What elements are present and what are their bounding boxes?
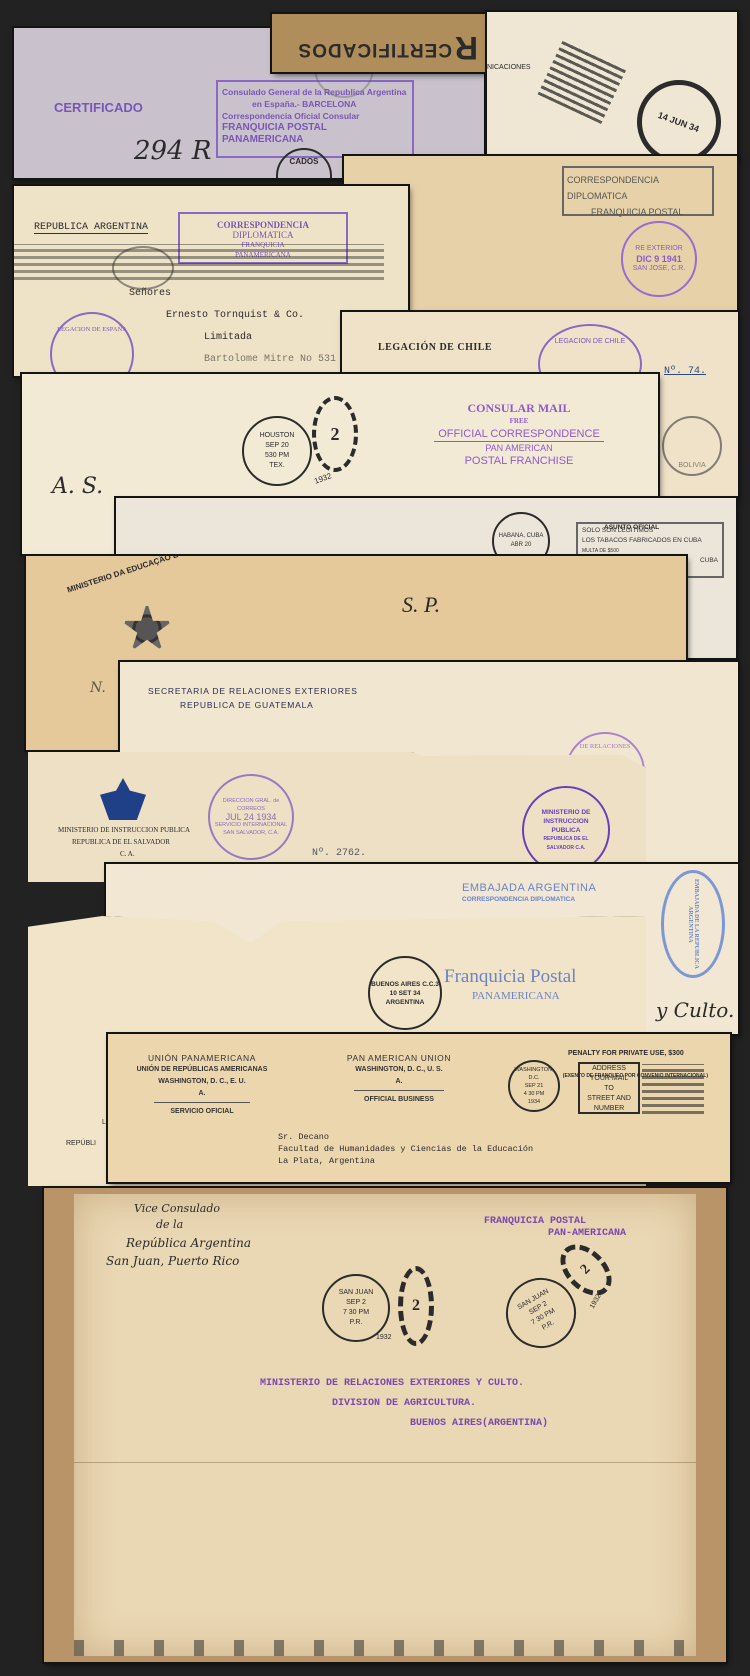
houston-killer: 2: [312, 396, 358, 472]
brazil-coat-of-arms-icon: [120, 602, 174, 656]
certificado-stamp: CERTIFICADO: [54, 100, 143, 115]
el-salvador-number: Nº. 2762.: [312, 848, 366, 859]
addressee-city: BUENOS AIRES(ARGENTINA): [410, 1418, 548, 1429]
guatemala-header-1: SECRETARIA DE RELACIONES EXTERIORES: [148, 686, 358, 696]
envelope-pan-american-union: UNIÓN PANAMERICANA UNIÓN DE REPÚBLICAS A…: [108, 1034, 730, 1182]
asunto-oficial-overprint: ASUNTO OFICIAL: [604, 524, 659, 531]
panamericana-stamp: PANAMERICANA: [472, 990, 560, 1002]
service-mark-sp: S. P.: [402, 592, 440, 618]
washington-postmark: WASHINGTON, D.C. SEP 21 4 30 PM 1934: [508, 1060, 560, 1112]
ministerio-instruccion-seal: MINISTERIO DE INSTRUCCION PUBLICA REPUBL…: [522, 786, 610, 874]
legacion-chile-header: LEGACIÓN DE CHILE: [378, 342, 492, 353]
guatemala-header-2: REPUBLICA DE GUATEMALA: [180, 700, 314, 710]
embajada-seal: EMBAJADA DE LA REPUBLICA ARGENTINA: [661, 870, 725, 978]
envelope-fold-line: [74, 1462, 696, 1463]
consular-mail-stamp: CONSULAR MAIL FREE OFFICIAL CORRESPONDEN…: [434, 402, 604, 468]
comunicaciones-postmark: 14 JUN 34: [637, 80, 721, 162]
envelope-comunicaciones: NICACIONES 14 JUN 34: [487, 12, 737, 162]
bolivia-postmark: BOLIVIA: [662, 416, 722, 476]
torn-bottom-edge: [74, 1640, 696, 1656]
penalty-notice: PENALTY FOR PRIVATE USE, $300: [568, 1050, 684, 1057]
machine-cancel-lines: [14, 244, 384, 280]
envelope-el-salvador: MINISTERIO DE INSTRUCCION PUBLICA REPUBL…: [28, 752, 646, 882]
franquicia-postal-panamericana: FRANQUICIA POSTAL: [484, 1216, 586, 1227]
san-salvador-postmark: DIRECCION GRAL. de CORREOS JUL 24 1934 S…: [208, 774, 294, 860]
san-juan-envelope-face: Vice Consulado de la República Argentina…: [74, 1194, 696, 1656]
addressee-ministerio: MINISTERIO DE RELACIONES EXTERIORES Y CU…: [260, 1378, 524, 1389]
san-juan-postmark-1: SAN JUAN SEP 2 7 30 PM P.R.: [322, 1274, 390, 1342]
diplomatic-franchise-box: CORRESPONDENCIA DIPLOMATICA FRANQUICIA P…: [562, 166, 714, 216]
envelope-collection: CERTIFICADO Consulado General de la Repu…: [0, 0, 750, 1676]
costa-rica-round-postmark: RE EXTERIOR DIC 9 1941 SAN JOSE, C.R.: [621, 221, 697, 297]
buenos-aires-postmark: BUENOS AIRES C.C.3 10 SET 34 ARGENTINA: [368, 956, 442, 1030]
el-salvador-coat-of-arms-icon: [100, 778, 146, 820]
san-juan-killer-1: 2: [398, 1266, 434, 1346]
legacion-espana-seal: LEGACION DE ESPAÑA: [50, 312, 134, 376]
embajada-argentina-line1: EMBAJADA ARGENTINA: [462, 882, 596, 894]
union-panamericana-header: UNIÓN PANAMERICANA UNIÓN DE REPÚBLICAS A…: [124, 1052, 280, 1118]
registration-label-text: R CERTIFICADOS: [272, 14, 486, 72]
ministerio-educacao-header: MINISTERIO DA EDUCAÇÃO E SAUDE PUBLICA: [66, 556, 244, 595]
embajada-argentina-line2: CORRESPONDENCIA DIPLOMATICA: [462, 896, 575, 903]
address-slogan-box: ADDRESS YOUR MAIL TO STREET AND NUMBER: [578, 1062, 640, 1114]
consulate-franchise-box: Consulado General de la Republica Argent…: [216, 80, 414, 158]
culto-script-fragment: y Culto.: [656, 998, 734, 1022]
addressee-division: DIVISION DE AGRICULTURA.: [332, 1398, 476, 1409]
registration-label: R CERTIFICADOS: [272, 14, 486, 72]
handwritten-registration: 294 R: [134, 136, 211, 166]
franquicia-postal-stamp: Franquicia Postal: [444, 966, 576, 988]
comunicaciones-label: NICACIONES: [487, 64, 531, 71]
exento-notice: (EXENTO DE FRANQUEO POR CONVENIO INTERNA…: [558, 1073, 708, 1079]
handwritten-initials: A. S.: [52, 474, 103, 499]
republica-argentina-header: REPUBLICA ARGENTINA: [34, 222, 148, 234]
machine-cancel-circle: [112, 246, 174, 290]
killer-bars: [538, 40, 627, 124]
chile-document-number: Nº. 74.: [664, 366, 706, 377]
slogan-cancel-lines: [642, 1064, 704, 1114]
envelope-san-juan-vice-consulado: Vice Consulado de la República Argentina…: [44, 1188, 726, 1662]
houston-postmark: HOUSTON SEP 20 530 PM TEX.: [242, 416, 312, 486]
pan-american-union-header: PAN AMERICAN UNION WASHINGTON, D. C., U.…: [334, 1052, 464, 1106]
